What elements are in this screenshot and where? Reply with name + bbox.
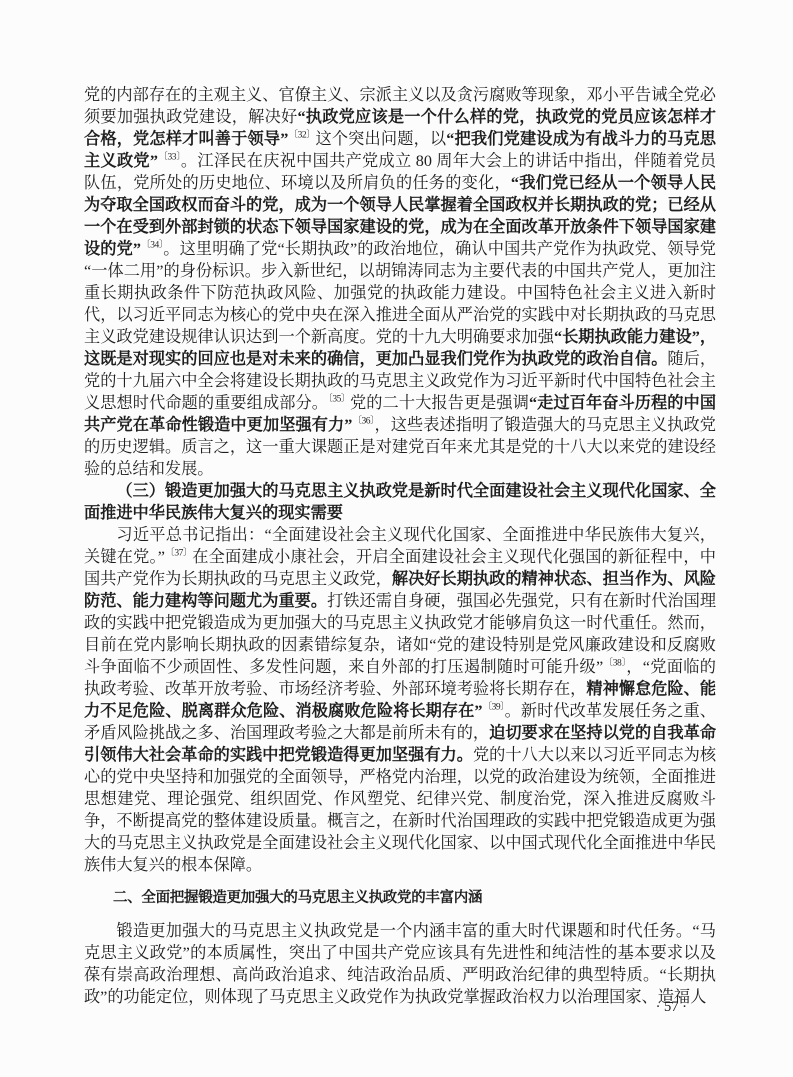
footnote-ref: 〔39〕 bbox=[483, 703, 505, 713]
footnote-ref: 〔38〕 bbox=[603, 659, 626, 669]
text-run: 党的二十大报告更是强调 bbox=[350, 394, 529, 412]
subsection-heading: （三）锻造更加强大的马克思主义执政党是新时代全面建设社会主义现代化国家、全面推进… bbox=[84, 480, 716, 524]
emphasis-run: （三）锻造更加强大的马克思主义执政党是新时代全面建设社会主义现代化国家、全面推进… bbox=[84, 482, 716, 522]
footnote-ref: 〔33〕 bbox=[158, 153, 181, 163]
body-paragraph: 锻造更加强大的马克思主义执政党是一个内涵丰富的重大时代课题和时代任务。“马克思主… bbox=[84, 920, 716, 1008]
text-run: 锻造更加强大的马克思主义执政党是一个内涵丰富的重大时代课题和时代任务。“马克思主… bbox=[84, 922, 716, 1006]
text-run: 党的十八大以来以习近平同志为核心的党中央坚持和加强党的全面领导，严格党内治理，以… bbox=[84, 746, 716, 874]
footnote-ref: 〔36〕 bbox=[352, 417, 374, 427]
page-body: 党的内部存在的主观主义、官僚主义、宗派主义以及贪污腐败等现象，邓小平告诫全党必须… bbox=[84, 84, 716, 1008]
footnote-ref: 〔37〕 bbox=[165, 549, 192, 559]
section-heading: 二、全面把握锻造更加强大的马克思主义执政党的丰富内涵 bbox=[84, 887, 716, 909]
body-paragraph: 党的内部存在的主观主义、官僚主义、宗派主义以及贪污腐败等现象，邓小平告诫全党必须… bbox=[84, 84, 716, 480]
body-paragraph: 习近平总书记指出：“全面建设社会主义现代化国家、全面推进中华民族伟大复兴，关键在… bbox=[84, 524, 716, 876]
page-number: · 57 · bbox=[656, 999, 687, 1016]
text-run: 这个突出问题，以 bbox=[315, 130, 446, 148]
text-run: 二、全面把握锻造更加强大的马克思主义执政党的丰富内涵 bbox=[113, 890, 482, 906]
footnote-ref: 〔34〕 bbox=[141, 241, 163, 251]
document-page: 党的内部存在的主观主义、官僚主义、宗派主义以及贪污腐败等现象，邓小平告诫全党必须… bbox=[0, 0, 793, 1077]
footnote-ref: 〔32〕 bbox=[288, 131, 315, 141]
footnote-ref: 〔35〕 bbox=[328, 395, 350, 405]
